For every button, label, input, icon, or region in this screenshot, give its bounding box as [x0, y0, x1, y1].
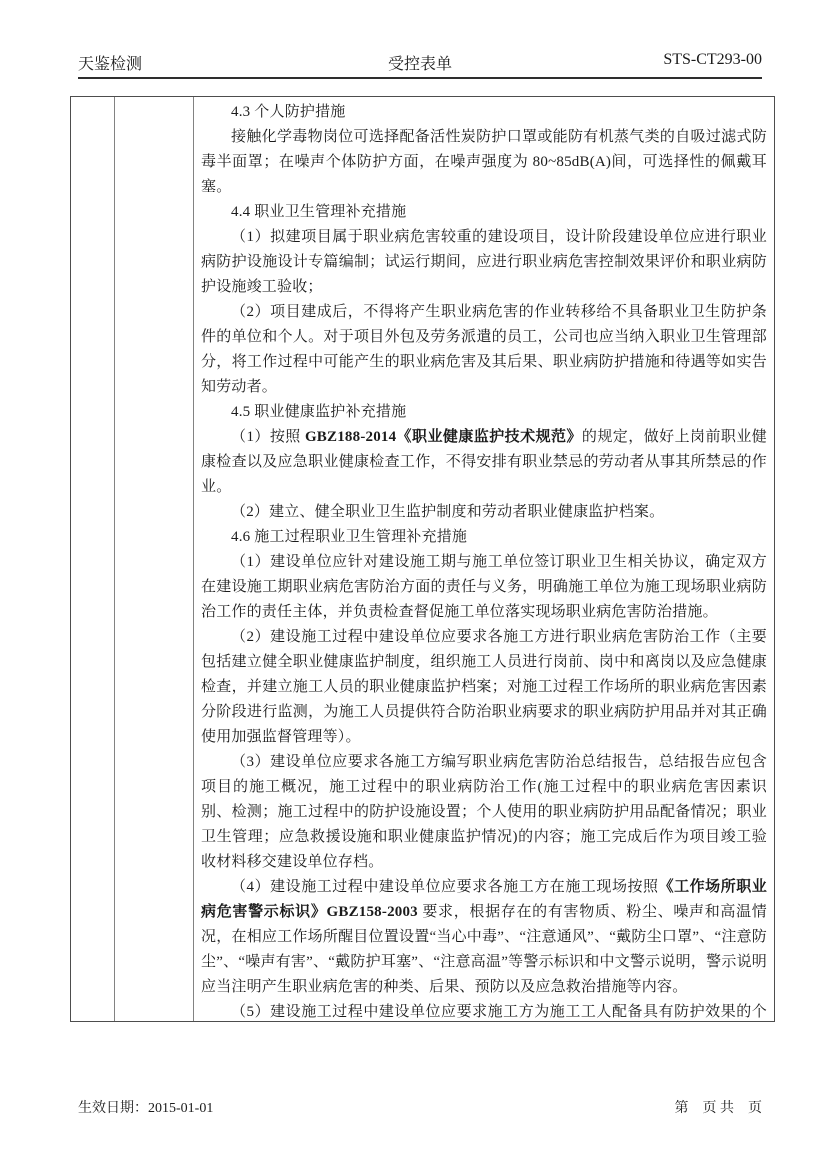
paragraph-text: 4.6 施工过程职业卫生管理补充措施 [231, 529, 467, 545]
paragraph-text: （1）建设单位应针对建设施工期与施工单位签订职业卫生相关协议，确定双方在建设施工… [201, 554, 767, 620]
effective-date: 生效日期：2015-01-01 [78, 1097, 213, 1117]
paragraph: （5）建设施工过程中建设单位应要求施工方为施工工人配备具有防护效果的个人使用的职… [201, 1000, 767, 1021]
paragraph-text: 4.3 个人防护措施 [231, 104, 346, 120]
form-table: 4.3 个人防护措施接触化学毒物岗位可选择配备活性炭防护口罩或能防有机蒸气类的自… [70, 96, 775, 1022]
table-column-empty-1 [71, 97, 115, 1021]
paragraph-text: 接触化学毒物岗位可选择配备活性炭防护口罩或能防有机蒸气类的自吸过滤式防毒半面罩；… [201, 129, 767, 195]
paragraph-text: （2）建立、健全职业卫生监护制度和劳动者职业健康监护档案。 [231, 504, 664, 520]
page-footer: 生效日期：2015-01-01 第 页 共 页 [78, 1097, 762, 1117]
paragraph-text: （5）建设施工过程中建设单位应要求施工方为施工工人配备具有防护效果的个人使用的职… [201, 1004, 767, 1021]
section-heading: 4.4 职业卫生管理补充措施 [201, 200, 767, 225]
paragraph-text: （2）项目建成后，不得将产生职业病危害的作业转移给不具备职业卫生防护条件的单位和… [201, 304, 767, 395]
table-column-empty-2 [115, 97, 194, 1021]
section-heading: 4.5 职业健康监护补充措施 [201, 400, 767, 425]
document-type-title: 受控表单 [78, 51, 762, 74]
paragraph-text: （3）建设单位应要求各施工方编写职业病危害防治总结报告，总结报告应包含项目的施工… [201, 754, 767, 870]
paragraph: （1）拟建项目属于职业病危害较重的建设项目，设计阶段建设单位应进行职业病防护设施… [201, 225, 767, 300]
page-counter: 第 页 共 页 [675, 1097, 763, 1117]
paragraph-text: 4.4 职业卫生管理补充措施 [231, 204, 406, 220]
paragraph: （2）建立、健全职业卫生监护制度和劳动者职业健康监护档案。 [201, 500, 767, 525]
paragraph: （2）建设施工过程中建设单位应要求各施工方进行职业病危害防治工作（主要包括建立健… [201, 625, 767, 750]
paragraph: （4）建设施工过程中建设单位应要求各施工方在施工现场按照《工作场所职业病危害警示… [201, 875, 767, 1000]
paragraph: （1）按照 GBZ188-2014《职业健康监护技术规范》的规定，做好上岗前职业… [201, 425, 767, 500]
paragraph-text: （1）拟建项目属于职业病危害较重的建设项目，设计阶段建设单位应进行职业病防护设施… [201, 229, 767, 295]
paragraph: 接触化学毒物岗位可选择配备活性炭防护口罩或能防有机蒸气类的自吸过滤式防毒半面罩；… [201, 125, 767, 200]
paragraph: （2）项目建成后，不得将产生职业病危害的作业转移给不具备职业卫生防护条件的单位和… [201, 300, 767, 400]
paragraph-text: （1）按照 [231, 429, 305, 445]
paragraph-text: 4.5 职业健康监护补充措施 [231, 404, 406, 420]
paragraph: （3）建设单位应要求各施工方编写职业病危害防治总结报告，总结报告应包含项目的施工… [201, 750, 767, 875]
paragraph-text: （2）建设施工过程中建设单位应要求各施工方进行职业病危害防治工作（主要包括建立健… [201, 629, 767, 745]
paragraph-text: （4）建设施工过程中建设单位应要求各施工方在施工现场按照 [231, 879, 659, 895]
standard-reference-text: GBZ188-2014《职业健康监护技术规范》 [305, 429, 582, 445]
section-heading: 4.6 施工过程职业卫生管理补充措施 [201, 525, 767, 550]
document-page: 天鉴检测 受控表单 STS-CT293-00 4.3 个人防护措施接触化学毒物岗… [0, 0, 826, 1169]
paragraph: （1）建设单位应针对建设施工期与施工单位签订职业卫生相关协议，确定双方在建设施工… [201, 550, 767, 625]
page-header: 天鉴检测 受控表单 STS-CT293-00 [78, 51, 762, 79]
table-content-cell: 4.3 个人防护措施接触化学毒物岗位可选择配备活性炭防护口罩或能防有机蒸气类的自… [194, 97, 774, 1021]
section-heading: 4.3 个人防护措施 [201, 100, 767, 125]
